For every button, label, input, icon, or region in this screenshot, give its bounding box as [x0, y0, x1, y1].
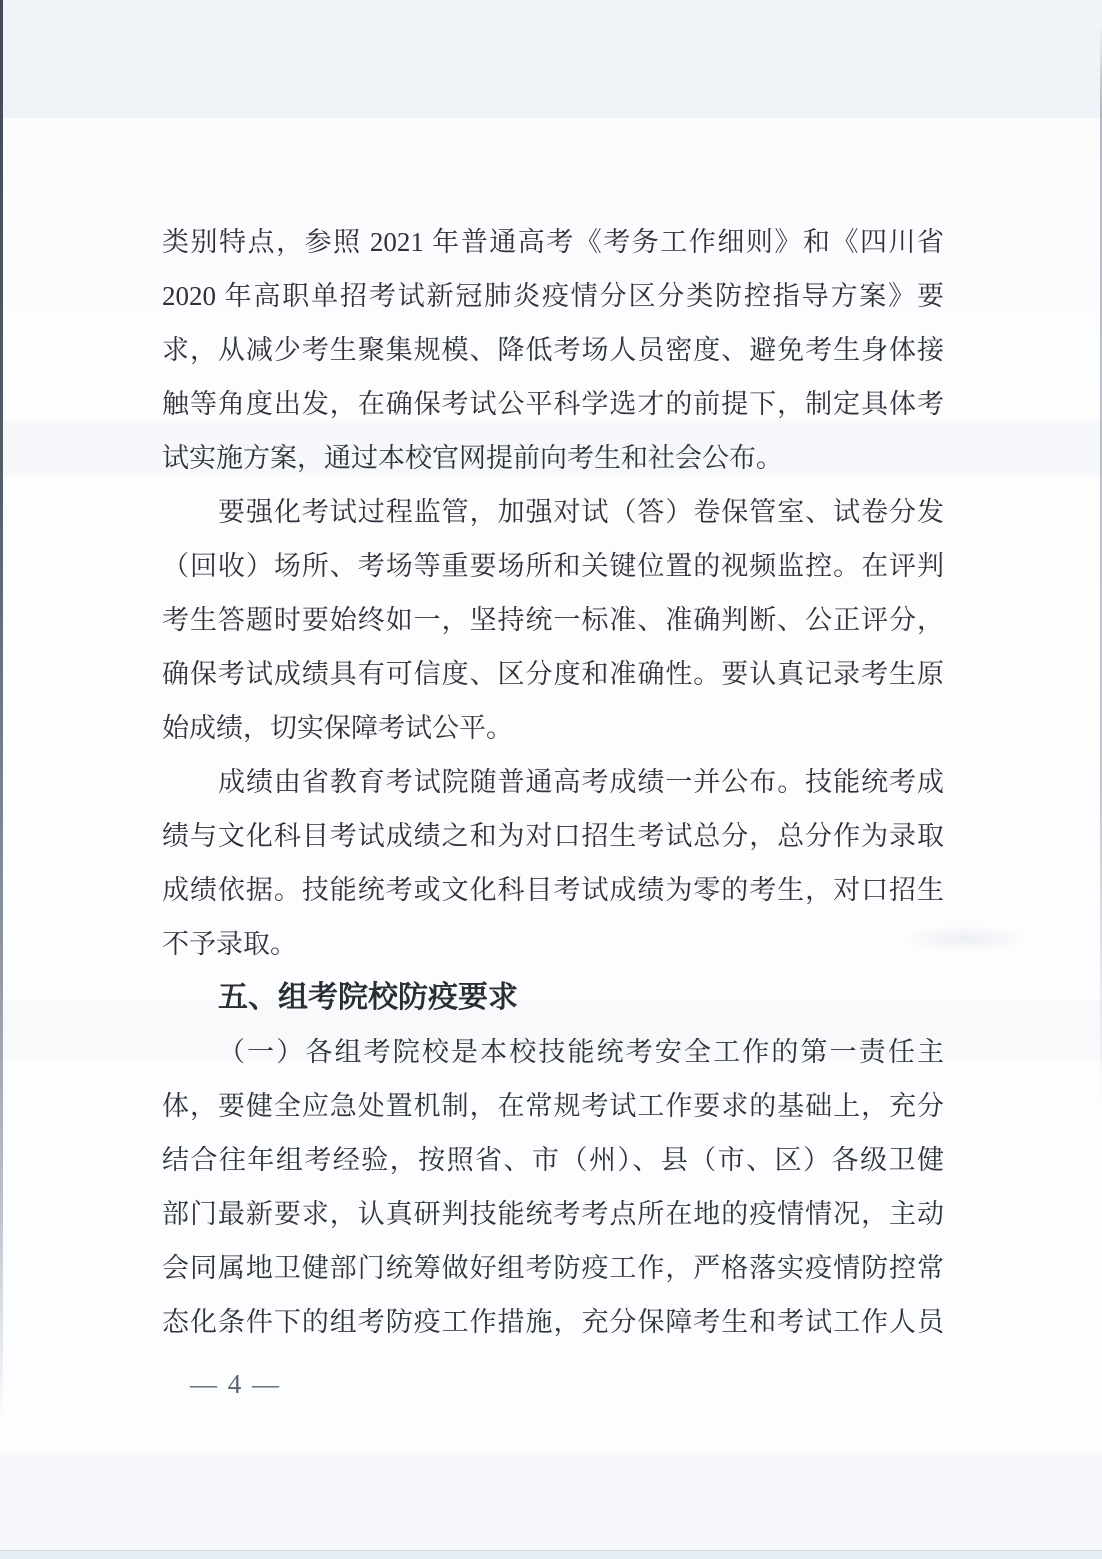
document-line: 试实施方案，通过本校官网提前向考生和社会公布。	[162, 431, 944, 485]
document-line: 2020 年高职单招考试新冠肺炎疫情分区分类防控指导方案》要	[162, 269, 944, 323]
document-line: 不予录取。	[162, 917, 944, 971]
scan-edge-left	[0, 0, 3, 1420]
document-line: 要强化考试过程监管，加强对试（答）卷保管室、试卷分发	[162, 485, 944, 539]
document-line: 考生答题时要始终如一，坚持统一标准、准确判断、公正评分，	[162, 593, 944, 647]
document-line: 求，从减少考生聚集规模、降低考场人员密度、避免考生身体接	[162, 323, 944, 377]
document-line: （回收）场所、考场等重要场所和关键位置的视频监控。在评判	[162, 539, 944, 593]
document-line: 态化条件下的组考防疫工作措施，充分保障考生和考试工作人员	[162, 1295, 944, 1349]
scan-artifact-band	[0, 0, 1102, 118]
section-heading: 五、组考院校防疫要求	[162, 971, 944, 1025]
document-body: 类别特点，参照 2021 年普通高考《考务工作细则》和《四川省2020 年高职单…	[162, 215, 944, 1349]
scan-artifact-band	[0, 1455, 1102, 1550]
document-line: （一）各组考院校是本校技能统考安全工作的第一责任主	[162, 1025, 944, 1079]
document-line: 确保考试成绩具有可信度、区分度和准确性。要认真记录考生原	[162, 647, 944, 701]
scan-edge-bottom	[0, 1550, 1102, 1559]
document-line: 绩与文化科目考试成绩之和为对口招生考试总分，总分作为录取	[162, 809, 944, 863]
page-number: — 4 —	[190, 1368, 281, 1400]
document-line: 结合往年组考经验，按照省、市（州）、县（市、区）各级卫健	[162, 1133, 944, 1187]
document-line: 成绩由省教育考试院随普通高考成绩一并公布。技能统考成	[162, 755, 944, 809]
document-line: 类别特点，参照 2021 年普通高考《考务工作细则》和《四川省	[162, 215, 944, 269]
document-line: 始成绩，切实保障考试公平。	[162, 701, 944, 755]
document-page: 类别特点，参照 2021 年普通高考《考务工作细则》和《四川省2020 年高职单…	[0, 0, 1102, 1559]
document-line: 触等角度出发，在确保考试公平科学选才的前提下，制定具体考	[162, 377, 944, 431]
document-line: 部门最新要求，认真研判技能统考考点所在地的疫情情况，主动	[162, 1187, 944, 1241]
document-line: 成绩依据。技能统考或文化科目考试成绩为零的考生，对口招生	[162, 863, 944, 917]
document-line: 会同属地卫健部门统筹做好组考防疫工作，严格落实疫情防控常	[162, 1241, 944, 1295]
document-line: 体，要健全应急处置机制，在常规考试工作要求的基础上，充分	[162, 1079, 944, 1133]
